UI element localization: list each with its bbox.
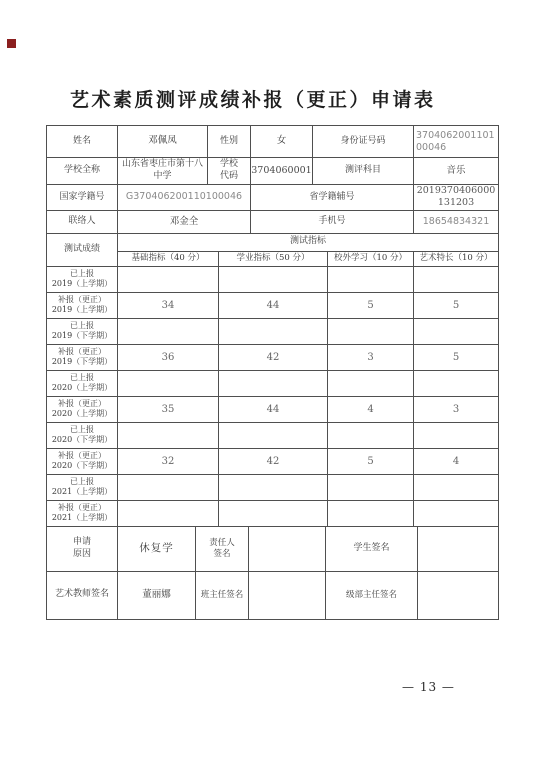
class-teacher-sign-label: 班主任签名 bbox=[196, 571, 249, 619]
student-sign-label: 学生签名 bbox=[326, 526, 418, 571]
school-code-label: 学校 代码 bbox=[208, 158, 251, 185]
score-row: 已上报 2020（上学期） bbox=[47, 370, 499, 396]
grade-director-sign-label: 级部主任签名 bbox=[326, 571, 418, 619]
responsible-sign-label: 责任人 签名 bbox=[196, 526, 249, 571]
score-cell bbox=[118, 370, 219, 396]
score-cell: 4 bbox=[328, 396, 414, 422]
score-cell bbox=[118, 500, 219, 526]
national-id-label: 国家学籍号 bbox=[47, 185, 118, 211]
score-cell bbox=[219, 318, 328, 344]
score-row-label: 补报（更正） 2021（上学期） bbox=[47, 500, 118, 526]
score-row-label: 已上报 2020（上学期） bbox=[47, 370, 118, 396]
score-cell bbox=[328, 266, 414, 292]
score-cell: 34 bbox=[118, 292, 219, 318]
phone-value: 18654834321 bbox=[414, 210, 499, 233]
score-cell bbox=[118, 474, 219, 500]
page-number: — 13 — bbox=[402, 680, 455, 694]
contact-label: 联络人 bbox=[47, 210, 118, 233]
student-sign-value bbox=[418, 526, 499, 571]
school-name-label: 学校全称 bbox=[47, 158, 118, 185]
national-id-value: G370406200110100046 bbox=[118, 185, 251, 211]
province-id-label: 省学籍辅号 bbox=[251, 185, 414, 211]
score-cell bbox=[414, 474, 499, 500]
score-cell: 44 bbox=[219, 396, 328, 422]
application-form: 姓名 邓佩凤 性别 女 身份证号码 370406200110100046 学校全… bbox=[46, 125, 498, 620]
score-cell: 3 bbox=[328, 344, 414, 370]
score-cell bbox=[414, 318, 499, 344]
score-cell: 44 bbox=[219, 292, 328, 318]
red-mark bbox=[7, 39, 16, 48]
score-cell: 4 bbox=[414, 448, 499, 474]
score-cell bbox=[219, 474, 328, 500]
score-cell: 5 bbox=[328, 448, 414, 474]
score-cell bbox=[328, 318, 414, 344]
signatures-table: 申请 原因 休复学 责任人 签名 学生签名 艺术教师签名 董丽娜 班主任签名 级… bbox=[46, 526, 499, 620]
score-cell: 32 bbox=[118, 448, 219, 474]
province-id-value: 2019370406000131203 bbox=[414, 185, 499, 211]
score-row: 已上报 2021（上学期） bbox=[47, 474, 499, 500]
student-info-table: 姓名 邓佩凤 性别 女 身份证号码 370406200110100046 学校全… bbox=[46, 125, 499, 234]
reason-value: 休复学 bbox=[118, 526, 196, 571]
score-row-label: 补报（更正） 2020（下学期） bbox=[47, 448, 118, 474]
score-cell: 5 bbox=[328, 292, 414, 318]
score-col-header-talent: 艺术特长（10 分） bbox=[414, 251, 499, 266]
name-value: 邓佩凤 bbox=[118, 126, 208, 158]
score-cell bbox=[328, 500, 414, 526]
score-row-label: 补报（更正） 2020（上学期） bbox=[47, 396, 118, 422]
score-row-label: 已上报 2019（上学期） bbox=[47, 266, 118, 292]
school-code-value: 3704060001 bbox=[251, 158, 313, 185]
subject-value: 音乐 bbox=[414, 158, 499, 185]
score-row: 补报（更正） 2019（上学期） 34 44 5 5 bbox=[47, 292, 499, 318]
contact-value: 邓金全 bbox=[118, 210, 251, 233]
score-row: 已上报 2020（下学期） bbox=[47, 422, 499, 448]
score-cell bbox=[219, 266, 328, 292]
score-row: 补报（更正） 2021（上学期） bbox=[47, 500, 499, 526]
score-cell bbox=[414, 422, 499, 448]
page-title: 艺术素质测评成绩补报（更正）申请表 bbox=[70, 85, 470, 112]
score-row-label: 补报（更正） 2019（上学期） bbox=[47, 292, 118, 318]
reason-label: 申请 原因 bbox=[47, 526, 118, 571]
score-cell: 5 bbox=[414, 344, 499, 370]
class-teacher-sign-value bbox=[249, 571, 326, 619]
art-teacher-sign-label: 艺术教师签名 bbox=[47, 571, 118, 619]
score-cell bbox=[118, 318, 219, 344]
score-col-header-academic: 学业指标（50 分） bbox=[219, 251, 328, 266]
score-cell: 42 bbox=[219, 448, 328, 474]
responsible-sign-value bbox=[249, 526, 326, 571]
score-row-label: 已上报 2019（下学期） bbox=[47, 318, 118, 344]
score-col-header-basic: 基础指标（40 分） bbox=[118, 251, 219, 266]
score-row: 补报（更正） 2020（下学期） 32 42 5 4 bbox=[47, 448, 499, 474]
score-cell bbox=[414, 370, 499, 396]
score-cell bbox=[328, 370, 414, 396]
phone-label: 手机号 bbox=[251, 210, 414, 233]
id-number-value: 370406200110100046 bbox=[414, 126, 499, 158]
score-cell: 3 bbox=[414, 396, 499, 422]
indicators-header: 测试指标 bbox=[118, 233, 499, 251]
score-row: 已上报 2019（上学期） bbox=[47, 266, 499, 292]
score-row-label: 已上报 2021（上学期） bbox=[47, 474, 118, 500]
gender-label: 性别 bbox=[208, 126, 251, 158]
score-row: 补报（更正） 2019（下学期） 36 42 3 5 bbox=[47, 344, 499, 370]
score-row: 已上报 2019（下学期） bbox=[47, 318, 499, 344]
score-row: 补报（更正） 2020（上学期） 35 44 4 3 bbox=[47, 396, 499, 422]
school-name-value: 山东省枣庄市第十八中学 bbox=[118, 158, 208, 185]
score-cell bbox=[414, 266, 499, 292]
score-cell: 36 bbox=[118, 344, 219, 370]
score-col-header-outside: 校外学习（10 分） bbox=[328, 251, 414, 266]
art-teacher-sign-value: 董丽娜 bbox=[118, 571, 196, 619]
id-number-label: 身份证号码 bbox=[313, 126, 414, 158]
grade-director-sign-value bbox=[418, 571, 499, 619]
scores-table: 测试成绩 测试指标 基础指标（40 分） 学业指标（50 分） 校外学习（10 … bbox=[46, 233, 499, 527]
name-label: 姓名 bbox=[47, 126, 118, 158]
score-cell bbox=[219, 500, 328, 526]
score-cell bbox=[118, 266, 219, 292]
score-cell bbox=[414, 500, 499, 526]
score-cell: 35 bbox=[118, 396, 219, 422]
scores-section-label: 测试成绩 bbox=[47, 233, 118, 266]
score-cell bbox=[328, 474, 414, 500]
score-row-label: 已上报 2020（下学期） bbox=[47, 422, 118, 448]
subject-label: 测评科目 bbox=[313, 158, 414, 185]
score-cell bbox=[219, 422, 328, 448]
score-cell bbox=[219, 370, 328, 396]
score-cell bbox=[328, 422, 414, 448]
score-cell: 42 bbox=[219, 344, 328, 370]
score-row-label: 补报（更正） 2019（下学期） bbox=[47, 344, 118, 370]
gender-value: 女 bbox=[251, 126, 313, 158]
score-cell bbox=[118, 422, 219, 448]
score-cell: 5 bbox=[414, 292, 499, 318]
document-page: { "title": "艺术素质测评成绩补报（更正）申请表", "student… bbox=[0, 0, 540, 763]
